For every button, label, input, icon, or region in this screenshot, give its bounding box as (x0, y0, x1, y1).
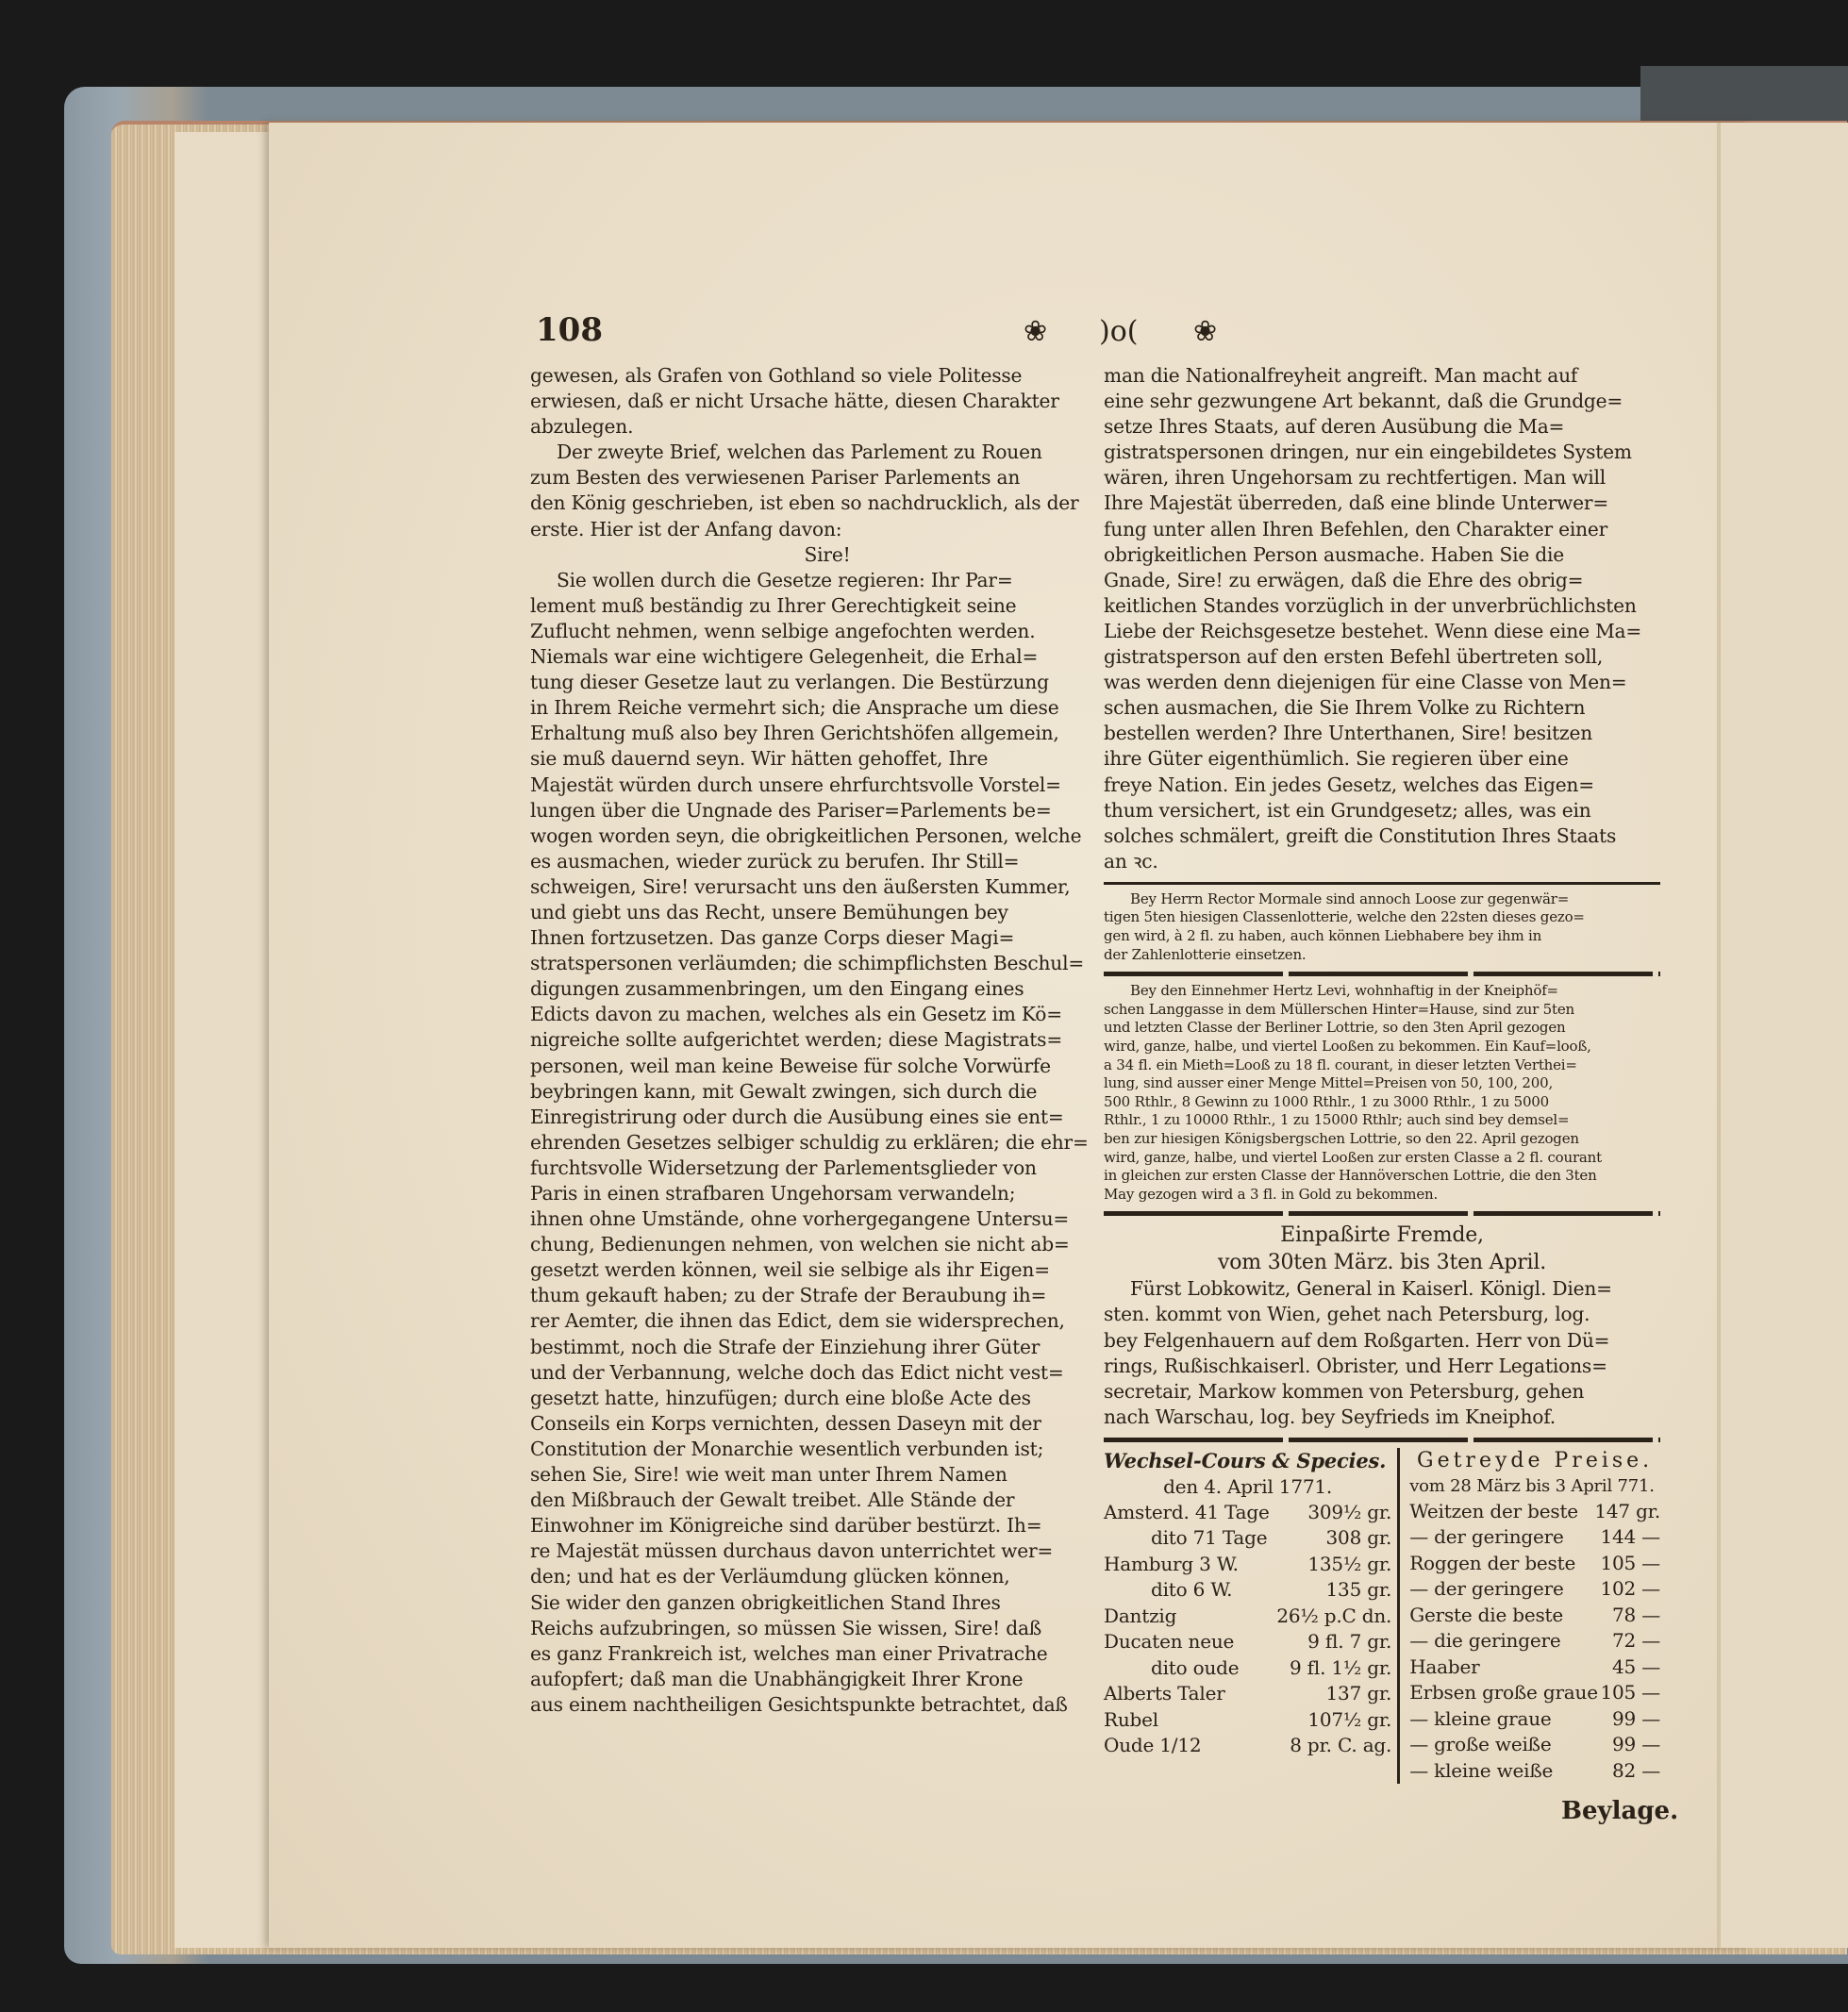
text-line: Paris in einen strafbaren Ungehorsam ver… (530, 1181, 1124, 1206)
salutation: Sire! (530, 542, 1124, 568)
page-number: 108 (536, 311, 603, 349)
notice-line: tigen 5ten hiesigen Classenlotterie, wel… (1104, 908, 1660, 927)
section-subtitle: vom 30ten März. bis 3ten April. (1104, 1249, 1660, 1276)
text-line: gesetzt hatte, hinzufügen; durch eine bl… (530, 1386, 1124, 1411)
text-line: sie muß dauernd seyn. Wir hätten gehoffe… (530, 746, 1124, 772)
notice-line: 500 Rthlr., 8 Gewinn zu 1000 Rthlr., 1 z… (1104, 1093, 1660, 1112)
text-line: Reichs aufzubringen, so müssen Sie wisse… (530, 1616, 1124, 1641)
notice-line: May gezogen wird a 3 fl. in Gold zu beko… (1104, 1186, 1660, 1205)
text-line: digungen zusammenbringen, um den Eingang… (530, 976, 1124, 1002)
text-line: es ganz Frankreich ist, welches man eine… (530, 1641, 1124, 1667)
text-line: keitlichen Standes vorzüglich in der unv… (1104, 593, 1660, 619)
text-line: es ausmachen, wieder zurück zu berufen. … (530, 849, 1124, 874)
section-title: Einpaßirte Fremde, (1104, 1222, 1660, 1249)
notice-line: Bey Herrn Rector Mormale sind annoch Loo… (1104, 890, 1660, 909)
text-line: solches schmälert, greift die Constituti… (1104, 823, 1660, 849)
text-line: zum Besten des verwiesenen Pariser Parle… (530, 465, 1124, 491)
text-line: abzulegen. (530, 414, 1124, 440)
table-row: — der geringere102 — (1409, 1576, 1660, 1603)
table-row: dito oude9 fl. 1½ gr. (1104, 1655, 1391, 1682)
shell-ornament-icon: ❀ (1024, 315, 1047, 348)
text-line: secretair, Markow kommen von Petersburg,… (1104, 1379, 1660, 1405)
table-row: Dantzig26½ p.C dn. (1104, 1604, 1391, 1630)
text-line: schweigen, Sire! verursacht uns den äuße… (530, 874, 1124, 900)
page-header: 108 ❀ )o( ❀ (528, 311, 1660, 358)
table-row: Hamburg 3 W.135½ gr. (1104, 1552, 1391, 1578)
text-line: wären, ihren Ungehorsam zu rechtfertigen… (1104, 465, 1660, 491)
text-line: Edicts davon zu machen, welches als ein … (530, 1002, 1124, 1027)
price-tables: Wechsel-Cours & Species. den 4. April 17… (1104, 1448, 1660, 1785)
notice-line: in gleichen zur ersten Classe der Hannöv… (1104, 1167, 1660, 1186)
table-date: vom 28 März bis 3 April 771. (1409, 1474, 1660, 1499)
catchword: Beylage. (1561, 1797, 1678, 1825)
text-line: personen, weil man keine Beweise für sol… (530, 1054, 1124, 1079)
grain-prices-table: Getreyde Preise. vom 28 März bis 3 April… (1400, 1448, 1660, 1785)
text-line: an ꝛc. (1104, 849, 1660, 874)
divider-rule (1104, 1438, 1660, 1442)
table-row: Haaber45 — (1409, 1654, 1660, 1681)
exchange-rates-table: Wechsel-Cours & Species. den 4. April 17… (1104, 1448, 1400, 1785)
text-line: rings, Rußischkaiserl. Obrister, und Her… (1104, 1354, 1660, 1379)
text-line: wogen worden seyn, die obrigkeitlichen P… (530, 823, 1124, 849)
text-line: thum versichert, ist ein Grundgesetz; al… (1104, 798, 1660, 823)
text-line: ehrenden Gesetzes selbiger schuldig zu e… (530, 1130, 1124, 1156)
left-column: gewesen, als Grafen von Gothland so viel… (530, 363, 1124, 1718)
text-line: stratspersonen verläumden; die schimpfli… (530, 951, 1124, 976)
text-line: Niemals war eine wichtigere Gelegenheit,… (530, 644, 1124, 670)
text-line: lungen über die Ungnade des Pariser=Parl… (530, 798, 1124, 823)
book-cover-top-right (1640, 66, 1848, 123)
text-line: Sie wollen durch die Gesetze regieren: I… (530, 568, 1124, 593)
text-line: rer Aemter, die ihnen das Edict, dem sie… (530, 1308, 1124, 1334)
table-row: Erbsen große graue105 — (1409, 1680, 1660, 1706)
notice-line: wird, ganze, halbe, und viertel Looßen z… (1104, 1149, 1660, 1168)
text-line: und giebt uns das Recht, unsere Bemühung… (530, 900, 1124, 925)
text-line: erwiesen, daß er nicht Ursache hätte, di… (530, 389, 1124, 414)
text-line: den; und hat es der Verläumdung glücken … (530, 1564, 1124, 1589)
text-line: Constitution der Monarchie wesentlich ve… (530, 1437, 1124, 1462)
table-title: Wechsel-Cours & Species. (1104, 1448, 1391, 1474)
divider-rule (1104, 972, 1660, 976)
text-line: bey Felgenhauern auf dem Roßgarten. Herr… (1104, 1328, 1660, 1354)
text-line: Ihre Majestät überreden, daß eine blinde… (1104, 491, 1660, 516)
table-row: Ducaten neue9 fl. 7 gr. (1104, 1629, 1391, 1655)
text-line: eine sehr gezwungene Art bekannt, daß di… (1104, 389, 1660, 414)
text-line: tung dieser Gesetze laut zu verlangen. D… (530, 670, 1124, 695)
text-line: was werden denn diejenigen für eine Clas… (1104, 670, 1660, 695)
text-line: fung unter allen Ihren Befehlen, den Cha… (1104, 517, 1660, 542)
notice-line: der Zahlenlotterie einsetzen. (1104, 946, 1660, 965)
notice-line: ben zur hiesigen Königsbergschen Lottrie… (1104, 1130, 1660, 1149)
text-line: aus einem nachtheiligen Gesichtspunkte b… (530, 1692, 1124, 1718)
text-line: chung, Bedienungen nehmen, von welchen s… (530, 1232, 1124, 1257)
text-line: Sie wider den ganzen obrigkeitlichen Sta… (530, 1590, 1124, 1616)
text-line: re Majestät müssen durchaus davon unterr… (530, 1538, 1124, 1564)
text-line: freye Nation. Ein jedes Gesetz, welches … (1104, 773, 1660, 798)
notice-line: gen wird, à 2 fl. zu haben, auch können … (1104, 927, 1660, 946)
text-line: obrigkeitlichen Person ausmache. Haben S… (1104, 542, 1660, 568)
text-line: thum gekauft haben; zu der Strafe der Be… (530, 1283, 1124, 1308)
text-line: Erhaltung muß also bey Ihren Gerichtshöf… (530, 721, 1124, 746)
text-line: gewesen, als Grafen von Gothland so viel… (530, 363, 1124, 389)
text-line: furchtsvolle Widersetzung der Parlements… (530, 1156, 1124, 1181)
table-row: — die geringere72 — (1409, 1628, 1660, 1654)
text-line: Ihnen fortzusetzen. Das ganze Corps dies… (530, 925, 1124, 951)
text-line: gistratspersonen dringen, nur ein eingeb… (1104, 440, 1660, 465)
text-line: aufopfert; daß man die Unabhängigkeit Ih… (530, 1667, 1124, 1692)
table-row: Gerste die beste78 — (1409, 1603, 1660, 1629)
text-line: bestellen werden? Ihre Unterthanen, Sire… (1104, 721, 1660, 746)
text-line: den König geschrieben, ist eben so nachd… (530, 491, 1124, 516)
text-line: ihre Güter eigenthümlich. Sie regieren ü… (1104, 746, 1660, 772)
text-line: Einregistrirung oder durch die Ausübung … (530, 1105, 1124, 1130)
gutter (1717, 123, 1721, 1948)
notice-line: und letzten Classe der Berliner Lottrie,… (1104, 1019, 1660, 1038)
text-line: Conseils ein Korps vernichten, dessen Da… (530, 1411, 1124, 1437)
text-line: lement muß beständig zu Ihrer Gerechtigk… (530, 593, 1124, 619)
text-line: erste. Hier ist der Anfang davon: (530, 517, 1124, 542)
notice-line: Bey den Einnehmer Hertz Levi, wohnhaftig… (1104, 982, 1660, 1001)
table-row: Rubel107½ gr. (1104, 1707, 1391, 1734)
table-row: — große weiße99 — (1409, 1732, 1660, 1758)
table-row: — kleine weiße82 — (1409, 1758, 1660, 1785)
text-line: in Ihrem Reiche vermehrt sich; die Anspr… (530, 695, 1124, 721)
table-row: dito 6 W.135 gr. (1104, 1577, 1391, 1604)
text-line: Einwohner im Königreiche sind darüber be… (530, 1513, 1124, 1538)
divider-rule (1104, 882, 1660, 885)
text-line: setze Ihres Staats, auf deren Ausübung d… (1104, 414, 1660, 440)
table-row: Oude 1/128 pr. C. ag. (1104, 1733, 1391, 1759)
text-line: Der zweyte Brief, welchen das Parlement … (530, 440, 1124, 465)
text-line: man die Nationalfreyheit angreift. Man m… (1104, 363, 1660, 389)
text-line: nach Warschau, log. bey Seyfrieds im Kne… (1104, 1405, 1660, 1430)
text-line: Liebe der Reichsgesetze bestehet. Wenn d… (1104, 619, 1660, 644)
text-line: Majestät würden durch unsere ehrfurchtsv… (530, 773, 1124, 798)
text-line: gesetzt werden können, weil sie selbige … (530, 1257, 1124, 1283)
notice-line: Rthlr., 1 zu 10000 Rthlr., 1 zu 15000 Rt… (1104, 1111, 1660, 1130)
facing-page-edge (1721, 123, 1848, 1948)
table-row: — der geringere144 — (1409, 1524, 1660, 1551)
notice-line: wird, ganze, halbe, und viertel Looßen z… (1104, 1038, 1660, 1056)
text-line: sehen Sie, Sire! wie weit man unter Ihre… (530, 1462, 1124, 1488)
text-line: sten. kommt von Wien, gehet nach Petersb… (1104, 1302, 1660, 1327)
text-line: ihnen ohne Umstände, ohne vorhergegangen… (530, 1206, 1124, 1232)
text-line: den Mißbrauch der Gewalt treibet. Alle S… (530, 1488, 1124, 1513)
right-column: man die Nationalfreyheit angreift. Man m… (1104, 363, 1660, 1784)
arrivals-section: Einpaßirte Fremde, vom 30ten März. bis 3… (1104, 1222, 1660, 1430)
table-date: den 4. April 1771. (1104, 1474, 1391, 1500)
notice-line: lung, sind ausser einer Menge Mittel=Pre… (1104, 1074, 1660, 1093)
table-title: Getreyde Preise. (1409, 1448, 1660, 1474)
table-row: — kleine graue99 — (1409, 1706, 1660, 1733)
table-row: dito 71 Tage308 gr. (1104, 1525, 1391, 1552)
notice-line: schen Langgasse in dem Müllerschen Hinte… (1104, 1001, 1660, 1020)
table-row: Roggen der beste105 — (1409, 1551, 1660, 1577)
divider-rule (1104, 1211, 1660, 1216)
text-line: und der Verbannung, welche doch das Edic… (530, 1360, 1124, 1386)
text-line: gistratsperson auf den ersten Befehl übe… (1104, 644, 1660, 670)
text-line: nigreiche sollte aufgerichtet werden; di… (530, 1027, 1124, 1053)
notice-line: a 34 fl. ein Mieth=Looß zu 18 fl. couran… (1104, 1056, 1660, 1075)
text-line: bestimmt, noch die Strafe der Einziehung… (530, 1335, 1124, 1360)
lottery-notice-levi: Bey den Einnehmer Hertz Levi, wohnhaftig… (1104, 982, 1660, 1204)
header-ornament: )o( (1099, 315, 1138, 348)
table-row: Amsterd. 41 Tage309½ gr. (1104, 1500, 1391, 1526)
text-line: schen ausmachen, die Sie Ihrem Volke zu … (1104, 695, 1660, 721)
shell-ornament-icon: ❀ (1193, 315, 1217, 348)
text-line: beybringen kann, mit Gewalt zwingen, sic… (530, 1079, 1124, 1105)
table-row: Weitzen der beste147 gr. (1409, 1499, 1660, 1525)
text-line: Zuflucht nehmen, wenn selbige angefochte… (530, 619, 1124, 644)
lottery-notice-mormale: Bey Herrn Rector Mormale sind annoch Loo… (1104, 890, 1660, 964)
table-row: Alberts Taler137 gr. (1104, 1681, 1391, 1707)
text-line: Gnade, Sire! zu erwägen, daß die Ehre de… (1104, 568, 1660, 593)
text-line: Fürst Lobkowitz, General in Kaiserl. Kön… (1104, 1276, 1660, 1302)
